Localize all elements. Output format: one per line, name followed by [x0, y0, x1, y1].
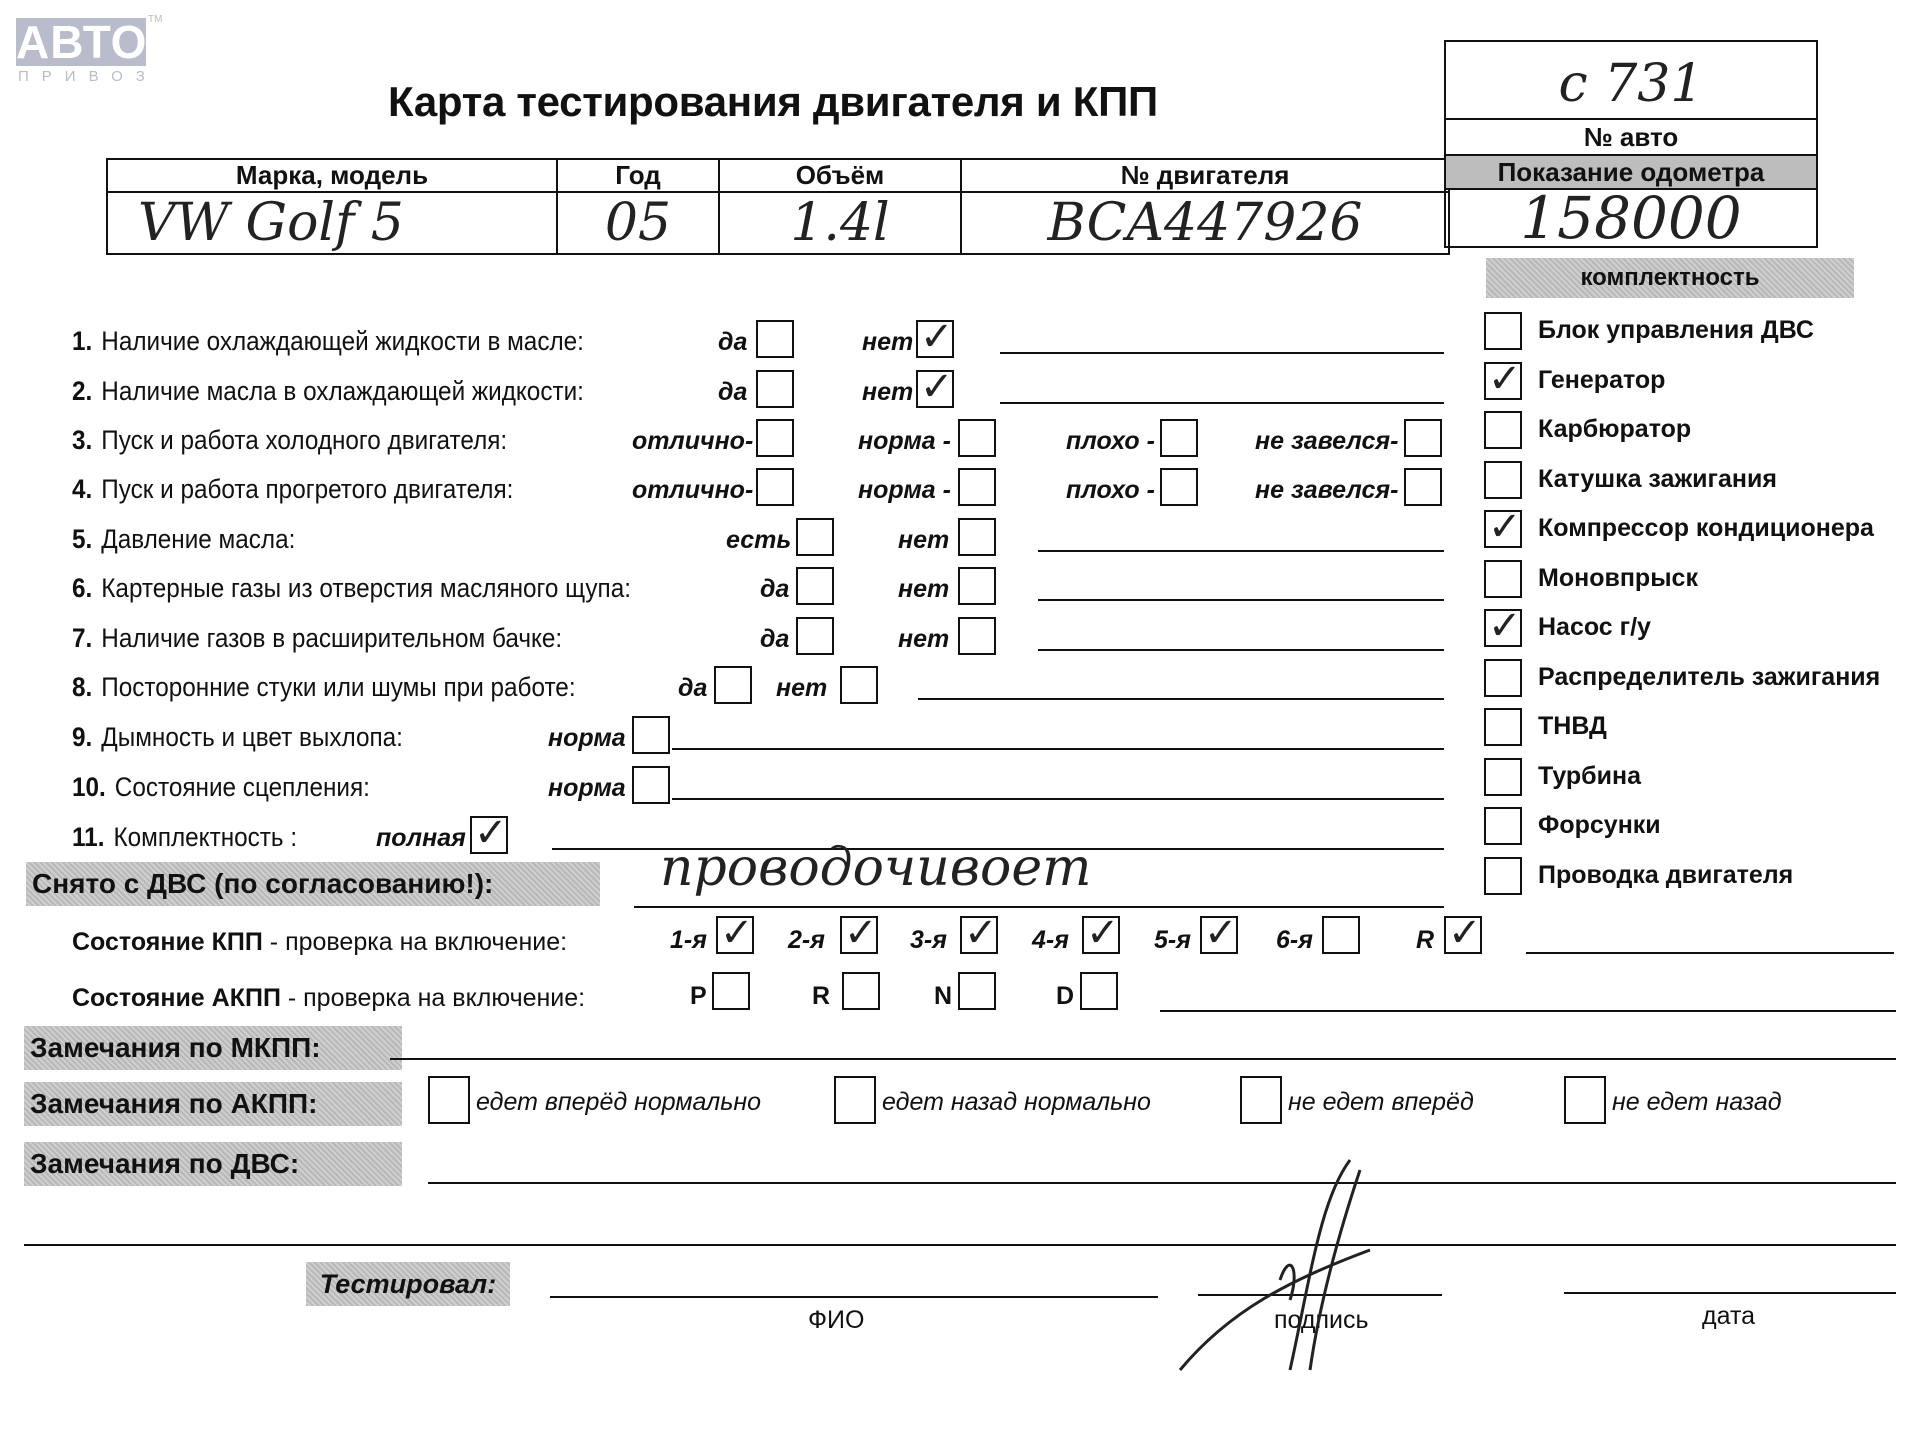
completeness-header: комплектность — [1486, 258, 1854, 298]
column-header-year: Год — [557, 159, 719, 192]
option-checkbox[interactable] — [756, 320, 794, 358]
item-number: 11. — [72, 822, 104, 852]
notes-line[interactable] — [1000, 352, 1444, 354]
option-label: нет — [898, 526, 949, 555]
checkmark-icon: ✓ — [474, 818, 508, 848]
checkmark-icon: ✓ — [844, 918, 878, 948]
option-checkbox[interactable]: ✓ — [916, 320, 954, 358]
option-label: отлично- — [632, 476, 753, 505]
model-field[interactable]: VW Golf 5 — [107, 192, 557, 254]
completeness-item-label: Генератор — [1538, 366, 1665, 395]
completeness-item-label: Моновпрыск — [1538, 564, 1698, 593]
option-label: нет — [898, 575, 949, 604]
name-line[interactable] — [550, 1296, 1158, 1298]
auto-gearbox-subtitle: - проверка на включение: — [281, 984, 585, 1012]
manual-gearbox-title: Состояние КПП — [72, 928, 263, 956]
akpp-remark-checkbox[interactable] — [428, 1076, 470, 1124]
option-label: отлично- — [632, 427, 753, 456]
gear-checkbox[interactable]: ✓ — [1200, 916, 1238, 954]
notes-line[interactable] — [1000, 402, 1444, 404]
gear-label: 6-я — [1276, 926, 1313, 955]
checkmark-icon: ✓ — [1488, 512, 1522, 542]
auto-position-checkbox[interactable] — [842, 972, 880, 1010]
option-checkbox[interactable]: ✓ — [916, 370, 954, 408]
signature-scribble — [1140, 1140, 1400, 1400]
manual-gearbox-underline — [1526, 952, 1894, 954]
checkmark-icon: ✓ — [1488, 611, 1522, 641]
item-text: Посторонние стуки или шумы при работе: — [101, 672, 575, 702]
option-checkbox[interactable] — [958, 617, 996, 655]
date-line[interactable] — [1564, 1292, 1896, 1294]
page-title: Карта тестирования двигателя и КПП — [388, 78, 1158, 126]
option-checkbox[interactable] — [714, 666, 752, 704]
logo: АВТО — [16, 18, 146, 66]
item-text: Наличие масла в охлаждающей жидкости: — [101, 376, 584, 406]
option-checkbox[interactable] — [1160, 419, 1198, 457]
gear-label: 1-я — [670, 926, 707, 955]
option-checkbox[interactable] — [796, 617, 834, 655]
engine-number-field[interactable]: BCA447926 — [961, 192, 1449, 254]
item-number: 2. — [72, 376, 92, 406]
completeness-checkbox[interactable] — [1484, 659, 1522, 697]
checkmark-icon: ✓ — [1448, 918, 1482, 948]
item-text: Наличие газов в расширительном бачке: — [101, 623, 562, 653]
option-checkbox[interactable] — [756, 419, 794, 457]
notes-line[interactable] — [1038, 649, 1444, 651]
auto-position-label: R — [812, 982, 830, 1011]
checklist-item-label: 1.Наличие охлаждающей жидкости в масле: — [72, 326, 584, 357]
gear-checkbox[interactable]: ✓ — [1444, 916, 1482, 954]
checklist-item-label: 4.Пуск и работа прогретого двигателя: — [72, 474, 513, 505]
option-label: да — [760, 625, 789, 654]
column-header-model: Марка, модель — [107, 159, 557, 192]
gear-checkbox[interactable]: ✓ — [716, 916, 754, 954]
option-checkbox[interactable] — [1404, 468, 1442, 506]
completeness-checkbox[interactable]: ✓ — [1484, 362, 1522, 400]
notes-line[interactable] — [1038, 550, 1444, 552]
notes-line[interactable] — [672, 748, 1444, 750]
item-number: 7. — [72, 623, 92, 653]
remarks-engine-label: Замечания по ДВС: — [24, 1142, 402, 1186]
option-label: норма - — [858, 427, 951, 456]
car-number-field[interactable]: c 731 — [1446, 42, 1816, 120]
manual-gearbox-label: Состояние КПП - проверка на включение: — [72, 928, 567, 957]
notes-line[interactable] — [918, 698, 1444, 700]
item-text: Пуск и работа холодного двигателя: — [101, 425, 507, 455]
option-checkbox[interactable]: ✓ — [470, 816, 508, 854]
option-label: нет — [898, 625, 949, 654]
completeness-item-label: ТНВД — [1538, 712, 1607, 741]
item-number: 4. — [72, 474, 92, 504]
manual-gearbox-subtitle: - проверка на включение: — [263, 928, 567, 956]
column-header-volume: Объём — [719, 159, 961, 192]
auto-gearbox-underline — [1160, 1010, 1896, 1012]
remarks-manual-label: Замечания по МКПП: — [24, 1026, 402, 1070]
item-number: 1. — [72, 326, 92, 356]
option-label: норма - — [858, 476, 951, 505]
year-field[interactable]: 05 — [557, 192, 719, 254]
option-checkbox[interactable] — [632, 766, 670, 804]
gear-checkbox[interactable]: ✓ — [1082, 916, 1120, 954]
completeness-checkbox[interactable] — [1484, 411, 1522, 449]
completeness-item-label: Распределитель зажигания — [1538, 663, 1880, 692]
gear-checkbox[interactable] — [1322, 916, 1360, 954]
option-checkbox[interactable] — [632, 716, 670, 754]
option-label: да — [760, 575, 789, 604]
item-number: 5. — [72, 524, 92, 554]
gear-label: R — [1416, 926, 1434, 955]
item-number: 9. — [72, 722, 92, 752]
option-checkbox[interactable] — [796, 518, 834, 556]
removed-underline — [634, 906, 1444, 908]
gear-label: 2-я — [788, 926, 825, 955]
completeness-checkbox[interactable] — [1484, 708, 1522, 746]
car-number-label: № авто — [1446, 120, 1816, 156]
checklist-item-label: 5.Давление масла: — [72, 524, 295, 555]
gear-label: 5-я — [1154, 926, 1191, 955]
gear-checkbox[interactable]: ✓ — [960, 916, 998, 954]
auto-position-label: P — [690, 982, 707, 1011]
checklist-item-label: 10.Состояние сцепления: — [72, 772, 370, 803]
akpp-remark-checkbox[interactable] — [834, 1076, 876, 1124]
remarks-manual-line[interactable] — [390, 1058, 1896, 1060]
notes-line[interactable] — [1038, 599, 1444, 601]
completeness-item-label: Катушка зажигания — [1538, 465, 1777, 494]
option-label: норма — [548, 774, 626, 803]
checklist-item-label: 3.Пуск и работа холодного двигателя: — [72, 425, 507, 456]
auto-position-checkbox[interactable] — [958, 972, 996, 1010]
option-label: плохо - — [1066, 427, 1155, 456]
option-label: есть — [726, 526, 791, 555]
checkmark-icon: ✓ — [920, 372, 954, 402]
completeness-item-label: Компрессор кондиционера — [1538, 514, 1874, 543]
removed-from-engine-label: Снято с ДВС (по согласованию!): — [26, 862, 600, 906]
auto-position-checkbox[interactable] — [1080, 972, 1118, 1010]
completeness-item-label: Блок управления ДВС — [1538, 316, 1814, 345]
option-label: полная — [376, 824, 466, 853]
option-label: норма — [548, 724, 626, 753]
option-checkbox[interactable] — [756, 468, 794, 506]
checklist-item-label: 11.Комплектность : — [72, 822, 297, 853]
removed-from-engine-value[interactable]: проводочивоет — [660, 838, 1091, 898]
completeness-checkbox[interactable]: ✓ — [1484, 609, 1522, 647]
auto-position-label: D — [1056, 982, 1074, 1011]
completeness-checkbox[interactable] — [1484, 758, 1522, 796]
auto-position-checkbox[interactable] — [712, 972, 750, 1010]
option-checkbox[interactable] — [958, 419, 996, 457]
checkmark-icon: ✓ — [1204, 918, 1238, 948]
option-checkbox[interactable] — [756, 370, 794, 408]
akpp-remark-label: едет назад нормально — [882, 1088, 1151, 1117]
option-label: да — [678, 674, 707, 703]
car-info-box: c 731 № авто Показание одометра 158000 — [1444, 40, 1818, 248]
auto-gearbox-title: Состояние АКПП — [72, 984, 281, 1012]
column-header-engine-number: № двигателя — [961, 159, 1449, 192]
checkmark-icon: ✓ — [964, 918, 998, 948]
completeness-item-label: Форсунки — [1538, 811, 1661, 840]
completeness-item-label: Насос г/у — [1538, 613, 1651, 642]
option-label: нет — [862, 378, 913, 407]
item-text: Наличие охлаждающей жидкости в масле: — [101, 326, 584, 356]
checklist-item-label: 2.Наличие масла в охлаждающей жидкости: — [72, 376, 584, 407]
akpp-remark-label: не едет назад — [1612, 1088, 1782, 1117]
option-label: нет — [776, 674, 827, 703]
completeness-item-label: Карбюратор — [1538, 415, 1691, 444]
option-label: да — [718, 378, 747, 407]
item-number: 8. — [72, 672, 92, 702]
logo-subtitle: ПРИВОЗ — [18, 68, 158, 85]
tested-by-label: Тестировал: — [306, 1262, 510, 1306]
completeness-item-label: Турбина — [1538, 762, 1641, 791]
checklist-item-label: 6.Картерные газы из отверстия масляного … — [72, 573, 631, 604]
option-checkbox[interactable] — [958, 468, 996, 506]
option-checkbox[interactable] — [958, 567, 996, 605]
auto-gearbox-label: Состояние АКПП - проверка на включение: — [72, 984, 585, 1013]
akpp-remark-checkbox[interactable] — [1240, 1076, 1282, 1124]
item-text: Дымность и цвет выхлопа: — [101, 722, 403, 752]
option-label: не завелся- — [1255, 476, 1398, 505]
option-label: плохо - — [1066, 476, 1155, 505]
completeness-checkbox[interactable] — [1484, 857, 1522, 895]
akpp-remark-label: не едет вперёд — [1288, 1088, 1474, 1117]
checkmark-icon: ✓ — [720, 918, 754, 948]
item-number: 6. — [72, 573, 92, 603]
completeness-checkbox[interactable] — [1484, 807, 1522, 845]
option-label: не завелся- — [1255, 427, 1398, 456]
completeness-item-label: Проводка двигателя — [1538, 861, 1793, 890]
completeness-checkbox[interactable] — [1484, 461, 1522, 499]
option-checkbox[interactable] — [796, 567, 834, 605]
akpp-remark-checkbox[interactable] — [1564, 1076, 1606, 1124]
completeness-checkbox[interactable] — [1484, 312, 1522, 350]
akpp-remark-label: едет вперёд нормально — [476, 1088, 761, 1117]
gear-checkbox[interactable]: ✓ — [840, 916, 878, 954]
item-number: 3. — [72, 425, 92, 455]
item-text: Состояние сцепления: — [115, 772, 370, 802]
checklist-item-label: 7.Наличие газов в расширительном бачке: — [72, 623, 562, 654]
remarks-auto-label: Замечания по АКПП: — [24, 1082, 402, 1126]
gear-label: 4-я — [1032, 926, 1069, 955]
option-checkbox[interactable] — [958, 518, 996, 556]
notes-line[interactable] — [672, 798, 1444, 800]
checkmark-icon: ✓ — [1086, 918, 1120, 948]
volume-field[interactable]: 1.4l — [719, 192, 961, 254]
logo-trademark: TM — [148, 14, 162, 25]
item-text: Давление масла: — [101, 524, 295, 554]
vehicle-info-table: Марка, модель Год Объём № двигателя VW G… — [106, 158, 1450, 255]
completeness-checkbox[interactable]: ✓ — [1484, 510, 1522, 548]
name-caption: ФИО — [808, 1306, 864, 1335]
option-label: да — [718, 328, 747, 357]
checkmark-icon: ✓ — [920, 322, 954, 352]
checklist-item-label: 8.Посторонние стуки или шумы при работе: — [72, 672, 576, 703]
remarks-engine-line-2[interactable] — [24, 1244, 1896, 1246]
checkmark-icon: ✓ — [1488, 364, 1522, 394]
date-caption: дата — [1702, 1302, 1755, 1331]
auto-position-label: N — [934, 982, 952, 1011]
gear-label: 3-я — [910, 926, 947, 955]
item-text: Комплектность : — [113, 822, 297, 852]
checklist-item-label: 9.Дымность и цвет выхлопа: — [72, 722, 403, 753]
odometer-field[interactable]: 158000 — [1446, 190, 1816, 246]
option-checkbox[interactable] — [1160, 468, 1198, 506]
item-text: Пуск и работа прогретого двигателя: — [101, 474, 513, 504]
completeness-checkbox[interactable] — [1484, 560, 1522, 598]
option-checkbox[interactable] — [840, 666, 878, 704]
item-number: 10. — [72, 772, 106, 802]
item-text: Картерные газы из отверстия масляного щу… — [101, 573, 631, 603]
option-checkbox[interactable] — [1404, 419, 1442, 457]
option-label: нет — [862, 328, 913, 357]
